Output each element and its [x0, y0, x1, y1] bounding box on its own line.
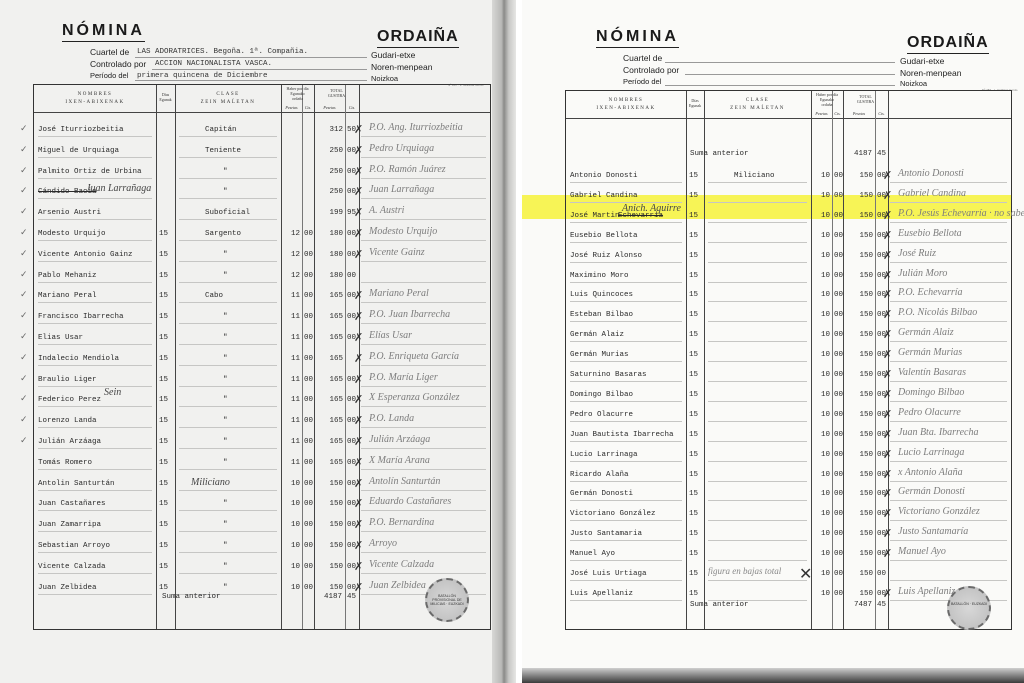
row-rule — [890, 182, 1007, 183]
row-rule — [361, 552, 486, 553]
daily-rate-pesetas: 11 — [281, 438, 300, 446]
daily-rate-cts: 00 — [304, 251, 313, 259]
header-text: NOMBRES — [34, 91, 156, 99]
signature: Pedro Olacurre — [898, 407, 961, 418]
daily-rate-cts: 00 — [834, 311, 843, 319]
rank-class: " — [223, 355, 228, 363]
total-pesetas: 150 — [314, 542, 343, 550]
payroll-table-left: NOMBRES IXEN-ABIXENAK Días Egunak CLASE … — [33, 84, 491, 630]
field-label-noren-menpean: Noren-menpean — [900, 68, 961, 78]
row-rule — [570, 282, 682, 283]
header-text: ordaña — [281, 96, 314, 101]
signature: Victoriano González — [898, 506, 980, 517]
row-rule — [38, 469, 152, 470]
total-cts: 00 — [877, 570, 886, 578]
daily-rate-cts: 00 — [834, 490, 843, 498]
signature: Antonio Donosti — [898, 168, 964, 179]
row-rule — [708, 222, 807, 223]
daily-rate-cts: 00 — [834, 351, 843, 359]
x-mark-icon: ✗ — [354, 227, 363, 240]
daily-rate-pesetas: 10 — [811, 232, 830, 240]
x-mark-icon: ✗ — [883, 448, 892, 461]
signature: Modesto Urquijo — [369, 226, 437, 237]
row-rule — [361, 240, 486, 241]
signature: X María Arana — [369, 455, 430, 466]
row-rule — [890, 301, 1007, 302]
field-line — [135, 80, 367, 81]
check-mark-icon: ✓ — [20, 436, 28, 446]
row-rule — [570, 481, 682, 482]
days-worked: 15 — [689, 291, 698, 299]
row-rule — [570, 401, 682, 402]
daily-rate-cts: 00 — [834, 252, 843, 260]
rank-class: Suboficial — [205, 209, 250, 217]
daily-rate-pesetas: 10 — [811, 411, 830, 419]
payroll-table-right: NOMBRES IXEN-ABIXENAK Días Egunak CLASE … — [565, 90, 1012, 630]
total-pesetas: 250 — [314, 188, 343, 196]
table-row: Mariano Peral15Cabo110016500✗Mariano Per… — [34, 286, 490, 308]
x-mark-icon: ✗ — [354, 435, 363, 448]
row-rule — [570, 301, 682, 302]
employee-name: Germán Murias — [570, 351, 629, 359]
signature: Vicente Gainz — [369, 247, 425, 258]
total-pesetas: 150 — [843, 192, 873, 200]
daily-rate-pesetas: 10 — [811, 192, 830, 200]
table-row: Juan Castañares15"100015000✗Eduardo Cast… — [34, 494, 490, 516]
carry-forward-row: Suma anterior 4187 45 — [566, 144, 1011, 166]
table-row: Justo Santamaria15100015000✗Justo Santam… — [566, 524, 1011, 546]
stamp-text: BATALLÓN PROVISIONAL DE MILICIAS · EUZKA… — [427, 594, 467, 606]
employee-name: Pablo Mehaniz — [38, 272, 97, 280]
row-rule — [890, 242, 1007, 243]
title-ordaina: ORDAIÑA — [377, 28, 459, 48]
handwritten-name-correction: Sein — [104, 387, 121, 398]
row-rule — [179, 531, 277, 532]
row-rule — [38, 386, 152, 387]
signature: P.O. Juan Ibarrecha — [369, 309, 450, 320]
x-mark-icon: ✗ — [883, 308, 892, 321]
row-rule — [179, 510, 277, 511]
employee-name: Braulio Liger — [38, 376, 97, 384]
total-pesetas: 250 — [314, 168, 343, 176]
days-worked: 15 — [689, 451, 698, 459]
total-pesetas: 180 — [314, 272, 343, 280]
daily-rate-cts: 00 — [304, 334, 313, 342]
row-rule — [38, 323, 152, 324]
row-rule — [179, 157, 277, 158]
employee-name: Miguel de Urquiaga — [38, 147, 119, 155]
employee-name: Juan Bautista Ibarrecha — [570, 431, 674, 439]
daily-rate-cts: 00 — [834, 471, 843, 479]
table-row: José Luis Urtiaga15figura en bajas total… — [566, 564, 1011, 586]
table-row: Manuel Ayo15100015000✗Manuel Ayo — [566, 544, 1011, 566]
column-header-days: Días Egunak — [156, 92, 175, 102]
days-worked: 15 — [159, 355, 168, 363]
footer-row: Suma anterior 7487 45 — [566, 595, 1011, 617]
row-rule — [361, 219, 486, 220]
row-rule — [179, 261, 277, 262]
daily-rate-cts: 00 — [834, 451, 843, 459]
handwritten-name-correction: Juan Larrañaga — [86, 183, 151, 194]
field-label-noizkoa: Noizkoa — [371, 74, 398, 83]
signature: Juan Bta. Ibarrecha — [898, 427, 978, 438]
daily-rate-pesetas: 12 — [281, 230, 300, 238]
daily-rate-cts: 00 — [834, 411, 843, 419]
suma-anterior-label: Suma anterior — [162, 593, 221, 601]
signature: P.O. Landa — [369, 413, 414, 424]
row-rule — [570, 461, 682, 462]
row-rule — [708, 361, 807, 362]
total-pesetas: 150 — [843, 272, 873, 280]
check-mark-icon: ✓ — [20, 394, 28, 404]
x-mark-icon: ✗ — [883, 408, 892, 421]
check-mark-icon: ✓ — [20, 228, 28, 238]
table-row: Braulio Liger15"110016500✗P.O. María Lig… — [34, 370, 490, 392]
subheader-cts: Cts. — [832, 110, 843, 118]
row-rule — [890, 202, 1007, 203]
days-worked: 15 — [159, 459, 168, 467]
check-mark-icon: ✓ — [20, 124, 28, 134]
total-pesetas: 150 — [843, 550, 873, 558]
table-row: Juan Zamarripa15"100015000✗P.O. Bernardi… — [34, 515, 490, 537]
employee-name: Julián Arzáaga — [38, 438, 101, 446]
days-worked: 15 — [159, 542, 168, 550]
signature: José Ruiz — [898, 248, 936, 259]
row-rule — [38, 136, 152, 137]
row-rule — [361, 469, 486, 470]
days-worked: 15 — [689, 570, 698, 578]
row-rule — [570, 222, 682, 223]
total-pesetas: 150 — [314, 563, 343, 571]
signature: Julián Moro — [898, 268, 947, 279]
row-rule — [361, 178, 486, 179]
days-worked: 15 — [159, 292, 168, 300]
x-mark-icon: ✗ — [883, 507, 892, 520]
days-worked: 15 — [689, 311, 698, 319]
employee-name: Ricardo Alaña — [570, 471, 629, 479]
daily-rate-cts: 00 — [304, 500, 313, 508]
days-worked: 15 — [159, 272, 168, 280]
page-edge-shadow — [522, 668, 1024, 683]
daily-rate-cts: 00 — [304, 542, 313, 550]
table-row: Victoriano González15100015000✗Victorian… — [566, 504, 1011, 526]
row-rule — [38, 490, 152, 491]
subheader-cts: Cts. — [875, 110, 888, 118]
signature: Arroyo — [369, 538, 397, 549]
daily-rate-pesetas: 12 — [281, 272, 300, 280]
row-rule — [708, 182, 807, 183]
row-rule — [361, 531, 486, 532]
x-mark-icon: ✗ — [883, 527, 892, 540]
rank-class: " — [223, 334, 228, 342]
employee-name: Esteban Bilbao — [570, 311, 633, 319]
subheader-pesetas: Pesetas — [811, 110, 832, 118]
days-worked: 15 — [689, 331, 698, 339]
check-mark-icon: ✓ — [20, 290, 28, 300]
x-mark-icon: ✗ — [354, 248, 363, 261]
daily-rate-pesetas: 10 — [281, 521, 300, 529]
total-pesetas: 150 — [843, 411, 873, 419]
subheader-pesetas: Pesetas — [281, 104, 302, 112]
column-header-class: CLASE ZEIN MAĹETAN — [704, 97, 811, 113]
employee-name: Pedro Olacurre — [570, 411, 633, 419]
rank-class: " — [223, 396, 228, 404]
field-label-cuartel: Cuartel de — [623, 53, 662, 63]
daily-rate-cts: 00 — [304, 230, 313, 238]
row-rule — [361, 282, 486, 283]
employee-name: Germán Alaiz — [570, 331, 624, 339]
table-row: Tomás Romero15"110016500✗X María Arana — [34, 453, 490, 475]
x-mark-icon: ✗ — [354, 414, 363, 427]
table-row: Antonio Donosti15Miliciano100015000✗Anto… — [566, 166, 1011, 188]
x-mark-icon: ✗ — [354, 289, 363, 302]
class-handwritten: Miliciano — [191, 477, 230, 488]
employee-name: Victoriano González — [570, 510, 656, 518]
column-header-daily-pay: Haber por día Egunako ordaña — [281, 86, 314, 101]
x-mark-icon: ✗ — [354, 539, 363, 552]
title-nomina: NÓMINA — [62, 22, 145, 42]
rank-class: Miliciano — [734, 172, 775, 180]
employee-name: Saturnino Basaras — [570, 371, 647, 379]
rank-class: " — [223, 500, 228, 508]
table-row: Sebastian Arroyo15"100015000✗Arroyo — [34, 536, 490, 558]
rank-class: " — [223, 417, 228, 425]
table-row: Juan Bautista Ibarrecha15100015000✗Juan … — [566, 425, 1011, 447]
daily-rate-pesetas: 10 — [811, 570, 830, 578]
row-rule — [179, 302, 277, 303]
row-rule — [890, 580, 1007, 581]
check-mark-icon: ✓ — [20, 415, 28, 425]
x-mark-icon: ✗ — [354, 331, 363, 344]
footer-total-pesetas: 7487 — [845, 601, 872, 609]
table-row: Eusebio Bellota15100015000✗Eusebio Bello… — [566, 226, 1011, 248]
suma-anterior-label: Suma anterior — [690, 150, 749, 158]
signature: P.O. Echevarría — [898, 287, 963, 298]
employee-name: Arsenio Austri — [38, 209, 101, 217]
daily-rate-cts: 00 — [304, 438, 313, 446]
subheader-pesetas: Pesetas — [843, 110, 875, 118]
total-pesetas: 180 — [314, 251, 343, 259]
daily-rate-pesetas: 10 — [811, 391, 830, 399]
total-pesetas: 150 — [843, 431, 873, 439]
footer-total-pesetas: 4187 — [316, 593, 342, 601]
page-gutter — [492, 0, 516, 683]
row-rule — [179, 573, 277, 574]
check-mark-icon: ✓ — [20, 353, 28, 363]
field-value-periodo: primera quincena de Diciembre — [137, 72, 268, 80]
days-worked: 15 — [689, 471, 698, 479]
row-rule — [708, 202, 807, 203]
row-rule — [890, 560, 1007, 561]
daily-rate-pesetas: 10 — [811, 550, 830, 558]
row-rule — [361, 427, 486, 428]
row-rule — [570, 421, 682, 422]
signature: Eduardo Castañares — [369, 496, 451, 507]
x-mark-icon: ✗ — [354, 456, 363, 469]
row-rule — [38, 510, 152, 511]
signature: P.O. Enriqueta García — [369, 351, 459, 362]
table-row: Pablo Mehaniz15"120018000✓ — [34, 266, 490, 288]
signature: P.O. María Liger — [369, 372, 438, 383]
field-value-cuartel: LAS ADORATRICES. Begoña. 1ª. Compañia. — [137, 48, 308, 56]
days-worked: 15 — [689, 272, 698, 280]
row-rule — [708, 301, 807, 302]
official-stamp: BATALLÓN PROVISIONAL DE MILICIAS · EUZKA… — [425, 578, 469, 622]
header-text: IXEN-ABIXENAK — [34, 99, 156, 107]
total-pesetas: 150 — [314, 500, 343, 508]
signature: Germán Donosti — [898, 486, 965, 497]
row-rule — [361, 136, 486, 137]
table-row: Vicente Calzada15"100015000✗Vicente Calz… — [34, 557, 490, 579]
x-mark-icon: ✗ — [883, 428, 892, 441]
signature: Antolín Santurtán — [369, 476, 440, 487]
signature: Manuel Ayo — [898, 546, 946, 557]
days-worked: 15 — [689, 411, 698, 419]
daily-rate-cts: 00 — [304, 396, 313, 404]
daily-rate-pesetas: 10 — [811, 510, 830, 518]
daily-rate-cts: 00 — [304, 272, 313, 280]
days-worked: 15 — [689, 351, 698, 359]
total-pesetas: 312 — [314, 126, 343, 134]
total-pesetas: 165 — [314, 313, 343, 321]
table-row: Germán Donosti15100015000✗Germán Donosti — [566, 484, 1011, 506]
employee-name: Indalecio Mendiola — [38, 355, 119, 363]
daily-rate-pesetas: 10 — [811, 172, 830, 180]
employee-name: Juan Castañares — [38, 500, 106, 508]
total-pesetas: 150 — [843, 371, 873, 379]
row-rule — [361, 386, 486, 387]
table-row: Pedro Olacurre15100015000✗Pedro Olacurre — [566, 405, 1011, 427]
daily-rate-pesetas: 11 — [281, 313, 300, 321]
signature: Vicente Calzada — [369, 559, 434, 570]
rank-class: " — [223, 376, 228, 384]
table-row: Luis Quincoces15100015000✗P.O. Echevarrí… — [566, 285, 1011, 307]
employee-name: Antonio Donosti — [570, 172, 638, 180]
daily-rate-cts: 00 — [304, 563, 313, 571]
daily-rate-cts: 00 — [834, 391, 843, 399]
header-text: CLASE — [704, 97, 811, 105]
days-worked: 15 — [689, 172, 698, 180]
row-rule — [179, 448, 277, 449]
x-mark-icon: ✗ — [354, 560, 363, 573]
row-rule — [708, 560, 807, 561]
row-rule — [708, 481, 807, 482]
daily-rate-cts: 00 — [834, 192, 843, 200]
table-row: Palmito Ortiz de Urbina"25000✗P.O. Ramón… — [34, 162, 490, 184]
row-rule — [708, 401, 807, 402]
days-worked: 15 — [689, 431, 698, 439]
row-rule — [38, 261, 152, 262]
rank-class: " — [223, 438, 228, 446]
daily-rate-pesetas: 11 — [281, 376, 300, 384]
employee-name: Domingo Bilbao — [570, 391, 633, 399]
x-mark-icon: ✗ — [354, 518, 363, 531]
total-pesetas: 199 — [314, 209, 343, 217]
table-row: Vicente Antonio Gainz15"120018000✗Vicent… — [34, 245, 490, 267]
subheader-cts: Cts. — [302, 104, 314, 112]
row-rule — [890, 540, 1007, 541]
header-text: ZEIN MAĹETAN — [175, 99, 281, 107]
row-rule — [570, 262, 682, 263]
field-label-gudari-etxe: Gudari-etxe — [900, 56, 944, 66]
total-pesetas: 180 — [314, 230, 343, 238]
signature: P.O. Bernardina — [369, 517, 434, 528]
daily-rate-pesetas: 10 — [811, 431, 830, 439]
field-label-gudari-etxe: Gudari-etxe — [371, 50, 415, 60]
table-row: Indalecio Mendiola15"1100165✗P.O. Enriqu… — [34, 349, 490, 371]
row-rule — [708, 461, 807, 462]
field-line — [685, 74, 895, 75]
row-rule — [179, 240, 277, 241]
row-rule — [890, 341, 1007, 342]
daily-rate-pesetas: 11 — [281, 355, 300, 363]
employee-name: Federico Perez — [38, 396, 101, 404]
days-worked: 15 — [159, 417, 168, 425]
daily-rate-cts: 00 — [834, 232, 843, 240]
row-rule — [179, 344, 277, 345]
row-rule — [361, 406, 486, 407]
signature: A. Austri — [369, 205, 404, 216]
table-row: Esteban Bilbao15100015000✗P.O. Nicolás B… — [566, 305, 1011, 327]
daily-rate-cts: 00 — [304, 521, 313, 529]
x-mark-icon: ✗ — [883, 209, 892, 222]
signature: Eusebio Bellota — [898, 228, 962, 239]
daily-rate-cts: 00 — [304, 292, 313, 300]
employee-name: Elias Usar — [38, 334, 83, 342]
table-row: Germán Alaiz15100015000✗Germán Alaiz — [566, 325, 1011, 347]
signature: P.O. Nicolás Bilbao — [898, 307, 977, 318]
daily-rate-pesetas: 11 — [281, 459, 300, 467]
x-mark-icon: ✗ — [883, 487, 892, 500]
daily-rate-pesetas: 11 — [281, 417, 300, 425]
header-text: IXEN-ABIXENAK — [566, 105, 686, 113]
daily-rate-pesetas: 10 — [811, 252, 830, 260]
total-pesetas: 165 — [314, 396, 343, 404]
row-rule — [179, 365, 277, 366]
row-rule — [890, 282, 1007, 283]
employee-name: José Luis Urtiaga — [570, 570, 647, 578]
column-header-total: TOTAL GUSTIRA — [843, 94, 888, 104]
daily-rate-pesetas: 10 — [811, 490, 830, 498]
table-row: José MartinEchevarriaAnich. Aguirre15100… — [566, 206, 1011, 228]
days-worked: 15 — [689, 232, 698, 240]
signature: x Antonio Alaña — [898, 467, 963, 478]
header-rule — [34, 112, 490, 113]
signature: Julián Arzáaga — [369, 434, 430, 445]
field-label-controlado: Controlado por — [90, 59, 146, 69]
row-rule — [570, 441, 682, 442]
employee-name: Modesto Urquijo — [38, 230, 106, 238]
row-rule — [38, 157, 152, 158]
rank-class: Capitán — [205, 126, 237, 134]
row-rule — [890, 361, 1007, 362]
row-rule — [38, 365, 152, 366]
x-mark-icon: ✗ — [883, 169, 892, 182]
header-text: ZEIN MAĹETAN — [704, 105, 811, 113]
daily-rate-cts: 00 — [304, 376, 313, 384]
x-mark-icon: ✗ — [883, 348, 892, 361]
total-pesetas: 250 — [314, 147, 343, 155]
rank-class: " — [223, 251, 228, 259]
check-mark-icon: ✓ — [20, 249, 28, 259]
daily-rate-cts: 00 — [834, 212, 843, 220]
row-rule — [890, 381, 1007, 382]
daily-rate-pesetas: 10 — [811, 351, 830, 359]
days-worked: 15 — [689, 391, 698, 399]
rank-class: " — [223, 168, 228, 176]
employee-name: Justo Santamaria — [570, 530, 642, 538]
row-rule — [708, 282, 807, 283]
